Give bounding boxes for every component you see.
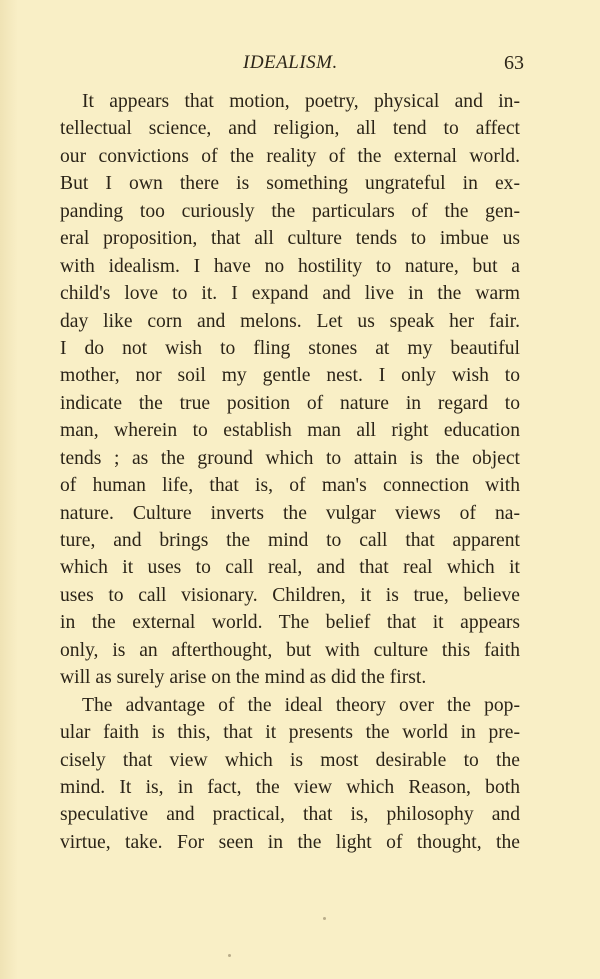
text-line: virtue, take. For seen in the light of t… bbox=[60, 829, 520, 856]
paper-speck bbox=[323, 917, 326, 920]
text-line: nature. Culture inverts the vulgar views… bbox=[60, 500, 520, 527]
page-number: 63 bbox=[504, 52, 524, 75]
text-line: in the external world. The belief that i… bbox=[60, 609, 520, 636]
text-line: It appears that motion, poetry, physical… bbox=[60, 88, 520, 115]
text-line: tends ; as the ground which to attain is… bbox=[60, 445, 520, 472]
text-line: with idealism. I have no hostility to na… bbox=[60, 253, 520, 280]
text-line: our convictions of the reality of the ex… bbox=[60, 143, 520, 170]
text-line: cisely that view which is most desirable… bbox=[60, 747, 520, 774]
running-title: IDEALISM. bbox=[243, 52, 338, 74]
text-line: tellectual science, and religion, all te… bbox=[60, 115, 520, 142]
text-line: of human life, that is, of man's connect… bbox=[60, 472, 520, 499]
text-line: speculative and practical, that is, phil… bbox=[60, 801, 520, 828]
text-line: which it uses to call real, and that rea… bbox=[60, 554, 520, 581]
paper-speck bbox=[228, 954, 231, 957]
body-text: It appears that motion, poetry, physical… bbox=[60, 88, 520, 856]
text-line: only, is an afterthought, but with cultu… bbox=[60, 637, 520, 664]
running-head: IDEALISM. 63 bbox=[60, 52, 520, 76]
text-line: The advantage of the ideal theory over t… bbox=[60, 692, 520, 719]
text-line: uses to call visionary. Children, it is … bbox=[60, 582, 520, 609]
text-line: mother, nor soil my gentle nest. I only … bbox=[60, 362, 520, 389]
text-line: ular faith is this, that it presents the… bbox=[60, 719, 520, 746]
book-page: IDEALISM. 63 It appears that motion, poe… bbox=[0, 0, 600, 979]
text-line: indicate the true position of nature in … bbox=[60, 390, 520, 417]
text-line: I do not wish to fling stones at my beau… bbox=[60, 335, 520, 362]
text-line: man, wherein to establish man all right … bbox=[60, 417, 520, 444]
text-line: will as surely arise on the mind as did … bbox=[60, 664, 520, 691]
text-line: eral proposition, that all culture tends… bbox=[60, 225, 520, 252]
text-line: day like corn and melons. Let us speak h… bbox=[60, 308, 520, 335]
text-line: mind. It is, in fact, the view which Rea… bbox=[60, 774, 520, 801]
text-line: child's love to it. I expand and live in… bbox=[60, 280, 520, 307]
text-line: panding too curiously the particulars of… bbox=[60, 198, 520, 225]
text-line: ture, and brings the mind to call that a… bbox=[60, 527, 520, 554]
text-line: But I own there is something ungrateful … bbox=[60, 170, 520, 197]
